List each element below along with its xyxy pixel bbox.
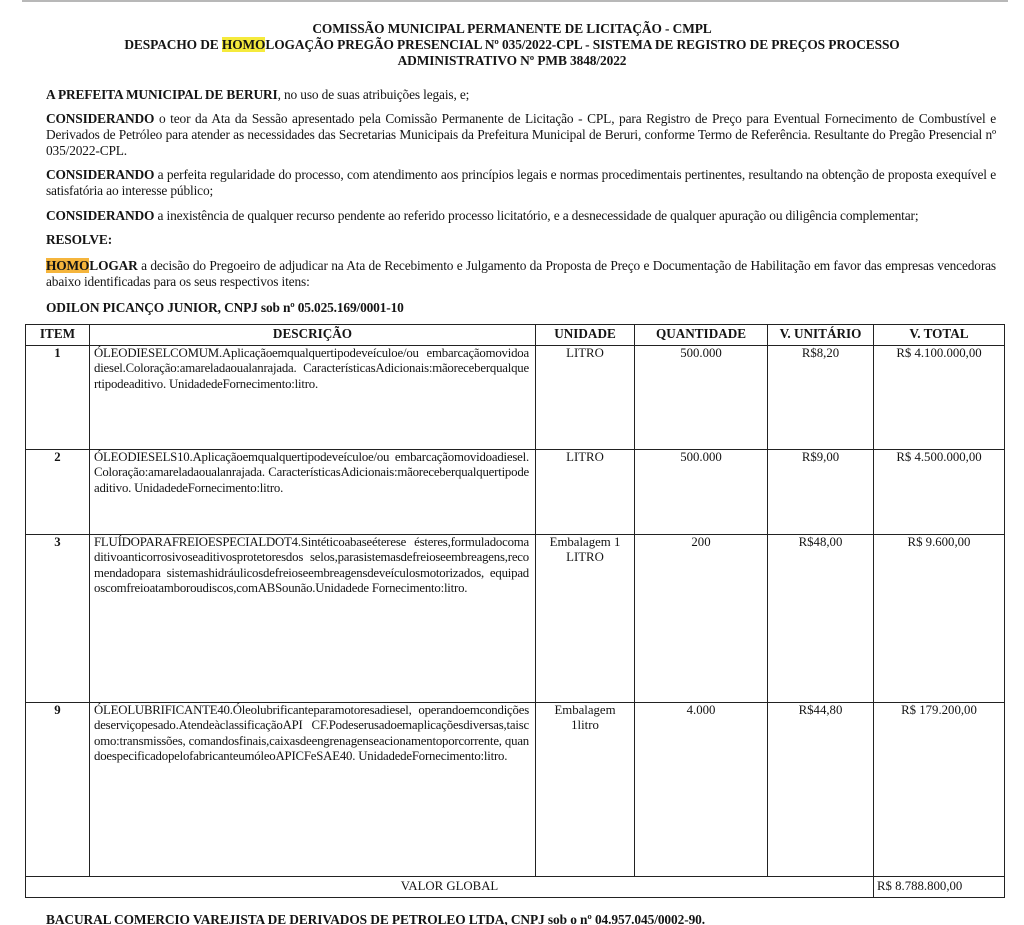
- item-total-price: R$ 179.200,00: [874, 703, 1005, 877]
- item-unit-price: R$9,00: [768, 450, 874, 535]
- item-total-price: R$ 9.600,00: [874, 535, 1005, 703]
- item-description: ÓLEODIESELCOMUM.Aplicaçãoemqualquertipod…: [90, 346, 536, 450]
- considerando-paragraph-3: CONSIDERANDO a inexistência de qualquer …: [46, 208, 996, 224]
- page-top-border: [22, 0, 1008, 2]
- header-commission: COMISSÃO MUNICIPAL PERMANENTE DE LICITAÇ…: [0, 21, 1024, 37]
- valor-global-value: R$ 8.788.800,00: [874, 877, 1005, 898]
- items-table: ITEM DESCRIÇÃO UNIDADE QUANTIDADE V. UNI…: [25, 324, 1005, 898]
- column-header-v-total: V. TOTAL: [874, 325, 1005, 346]
- table-row: 3 FLUÍDOPARAFREIOESPECIALDOT4.Sintéticoa…: [26, 535, 1005, 703]
- resolve-heading: RESOLVE:: [46, 232, 996, 248]
- column-header-item: ITEM: [26, 325, 90, 346]
- intro-paragraph: A PREFEITA MUNICIPAL DE BERURI, no uso d…: [46, 87, 996, 103]
- valor-global-label: VALOR GLOBAL: [26, 877, 874, 898]
- item-description: FLUÍDOPARAFREIOESPECIALDOT4.Sintéticoaba…: [90, 535, 536, 703]
- item-description: ÓLEODIESELS10.Aplicaçãoemqualquertipodev…: [90, 450, 536, 535]
- table-header-row: ITEM DESCRIÇÃO UNIDADE QUANTIDADE V. UNI…: [26, 325, 1005, 346]
- item-unit-price: R$44,80: [768, 703, 874, 877]
- item-unit: LITRO: [536, 346, 635, 450]
- item-quantity: 4.000: [635, 703, 768, 877]
- company-2-title: BACURAL COMERCIO VAREJISTA DE DERIVADOS …: [46, 912, 705, 925]
- item-quantity: 500.000: [635, 450, 768, 535]
- search-highlight-current: HOMO: [46, 258, 89, 273]
- item-unit: Embalagem 1 LITRO: [536, 535, 635, 703]
- considerando-paragraph-2: CONSIDERANDO a perfeita regularidade do …: [46, 167, 996, 199]
- column-header-v-unitario: V. UNITÁRIO: [768, 325, 874, 346]
- item-total-price: R$ 4.500.000,00: [874, 450, 1005, 535]
- header-process: ADMINISTRATIVO Nº PMB 3848/2022: [0, 53, 1024, 69]
- item-description: ÓLEOLUBRIFICANTE40.Óleolubrificanteparam…: [90, 703, 536, 877]
- item-unit-price: R$48,00: [768, 535, 874, 703]
- item-unit: Embalagem 1litro: [536, 703, 635, 877]
- column-header-descricao: DESCRIÇÃO: [90, 325, 536, 346]
- document-header: COMISSÃO MUNICIPAL PERMANENTE DE LICITAÇ…: [0, 21, 1024, 69]
- column-header-unidade: UNIDADE: [536, 325, 635, 346]
- company-1-title: ODILON PICANÇO JUNIOR, CNPJ sob nº 05.02…: [46, 300, 996, 316]
- table-row: 2 ÓLEODIESELS10.Aplicaçãoemqualquertipod…: [26, 450, 1005, 535]
- item-unit: LITRO: [536, 450, 635, 535]
- item-number: 1: [26, 346, 90, 450]
- item-number: 2: [26, 450, 90, 535]
- item-unit-price: R$8,20: [768, 346, 874, 450]
- item-quantity: 500.000: [635, 346, 768, 450]
- item-quantity: 200: [635, 535, 768, 703]
- item-number: 3: [26, 535, 90, 703]
- column-header-quantidade: QUANTIDADE: [635, 325, 768, 346]
- valor-global-row: VALOR GLOBAL R$ 8.788.800,00: [26, 877, 1005, 898]
- header-dispatch: DESPACHO DE HOMOLOGAÇÃO PREGÃO PRESENCIA…: [0, 37, 1024, 53]
- table-row: 1 ÓLEODIESELCOMUM.Aplicaçãoemqualquertip…: [26, 346, 1005, 450]
- homologar-paragraph: HOMOLOGAR a decisão do Pregoeiro de adju…: [46, 258, 996, 290]
- table-row: 9 ÓLEOLUBRIFICANTE40.Óleolubrificantepar…: [26, 703, 1005, 877]
- considerando-paragraph-1: CONSIDERANDO o teor da Ata da Sessão apr…: [46, 111, 996, 159]
- search-highlight: HOMO: [222, 37, 266, 52]
- item-number: 9: [26, 703, 90, 877]
- item-total-price: R$ 4.100.000,00: [874, 346, 1005, 450]
